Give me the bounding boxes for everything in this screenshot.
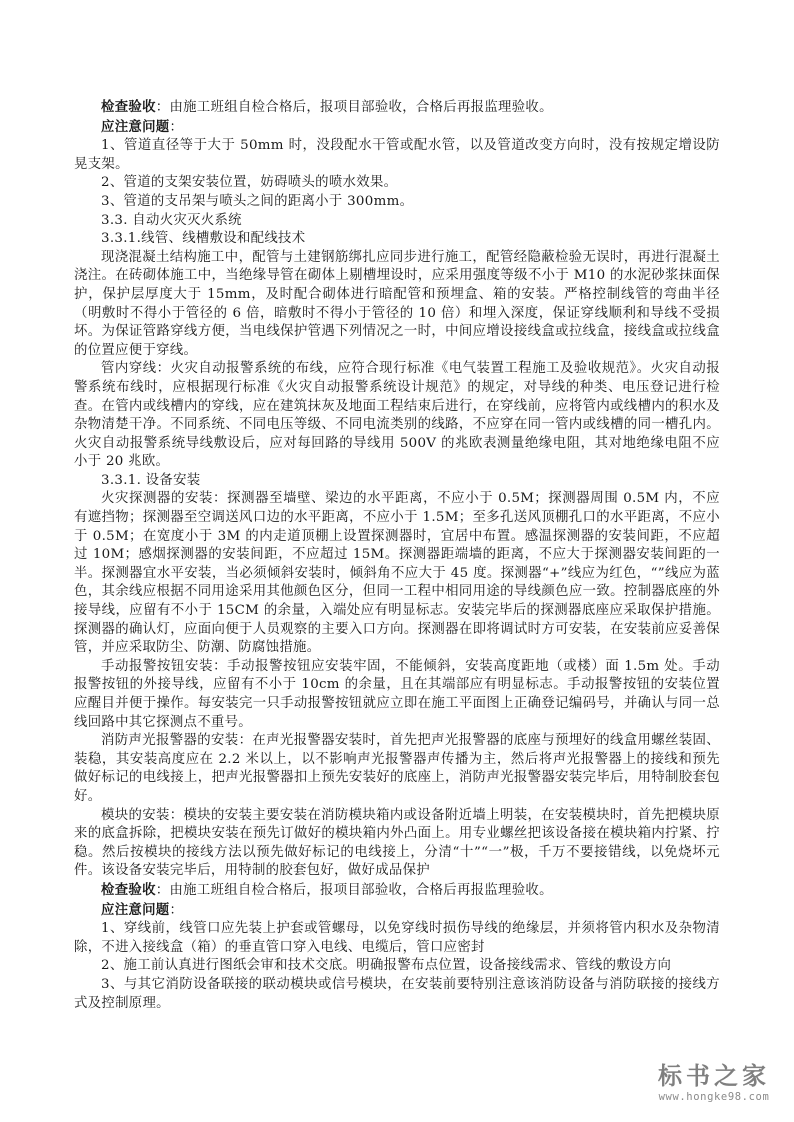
bold-label: 应注意问题 bbox=[101, 902, 169, 918]
paragraph: 模块的安装：模块的安装主要安装在消防模块箱内或设备附近墙上明装，在安装模块时，首… bbox=[74, 807, 720, 881]
paragraph: 手动报警按钮安装：手动报警按钮应安装牢固，不能倾斜，安装高度距地（或楼）面 1.… bbox=[74, 658, 720, 732]
paragraph-inspection: 检查验收：由施工班组自检合格后，报项目部验收，合格后再报监理验收。 bbox=[74, 98, 720, 118]
bold-label: 检查验收 bbox=[101, 99, 156, 115]
bold-label: 检查验收 bbox=[101, 882, 156, 898]
paragraph: 1、管道直径等于大于 50mm 时，没段配水干管或配水管，以及管道改变方向时，没… bbox=[74, 137, 720, 174]
paragraph-inspection: 检查验收：由施工班组自检合格后，报项目部验收，合格后再报监理验收。 bbox=[74, 881, 720, 901]
paragraph: 现浇混凝土结构施工中，配管与土建钢筋绑扎应同步进行施工，配管经隐蔽检验无误时，再… bbox=[74, 249, 720, 361]
paragraph: 火灾探测器的安装：探测器至墙壁、梁边的水平距离，不应小于 0.5M；探测器周围 … bbox=[74, 490, 720, 657]
paragraph-attention: 应注意问题： bbox=[74, 118, 720, 138]
document-body: 检查验收：由施工班组自检合格后，报项目部验收，合格后再报监理验收。 应注意问题：… bbox=[74, 98, 720, 1013]
watermark-title: 标书之家 bbox=[646, 1062, 782, 1090]
paragraph: 3、与其它消防设备联接的联动模块或信号模块，在安装前要特别注意该消防设备与消防联… bbox=[74, 976, 720, 1013]
bold-label: 应注意问题 bbox=[101, 119, 169, 135]
paragraph: 3、管道的支吊架与喷头之间的距离小于 300mm。 bbox=[74, 193, 720, 212]
paragraph: 2、施工前认真进行图纸会审和技术交底。明确报警布点位置，设备接线需求、管线的敷设… bbox=[74, 957, 720, 976]
paragraph-attention: 应注意问题： bbox=[74, 901, 720, 921]
watermark-logo: 标书之家 www.hongke98.com bbox=[646, 1062, 782, 1104]
paragraph: 2、管道的支架安装位置，妨碍喷头的喷水效果。 bbox=[74, 174, 720, 193]
paragraph: 消防声光报警器的安装：在声光报警器安装时，首先把声光报警器的底座与预埋好的线盒用… bbox=[74, 732, 720, 806]
paragraph: 管内穿线：火灾自动报警系统的布线，应符合现行标准《电气装置工程施工及验收规范》。… bbox=[74, 360, 720, 472]
subsection-heading: 3.3.1.线管、线槽敷设和配线技术 bbox=[74, 230, 720, 249]
subsection-heading: 3.3.1. 设备安装 bbox=[74, 472, 720, 491]
section-heading: 3.3. 自动火灾灭火系统 bbox=[74, 212, 720, 231]
paragraph: 1、穿线前，线管口应先装上护套或管螺母，以免穿线时损伤导线的绝缘层，并须将管内积… bbox=[74, 920, 720, 957]
watermark-url: www.hongke98.com bbox=[646, 1090, 782, 1104]
